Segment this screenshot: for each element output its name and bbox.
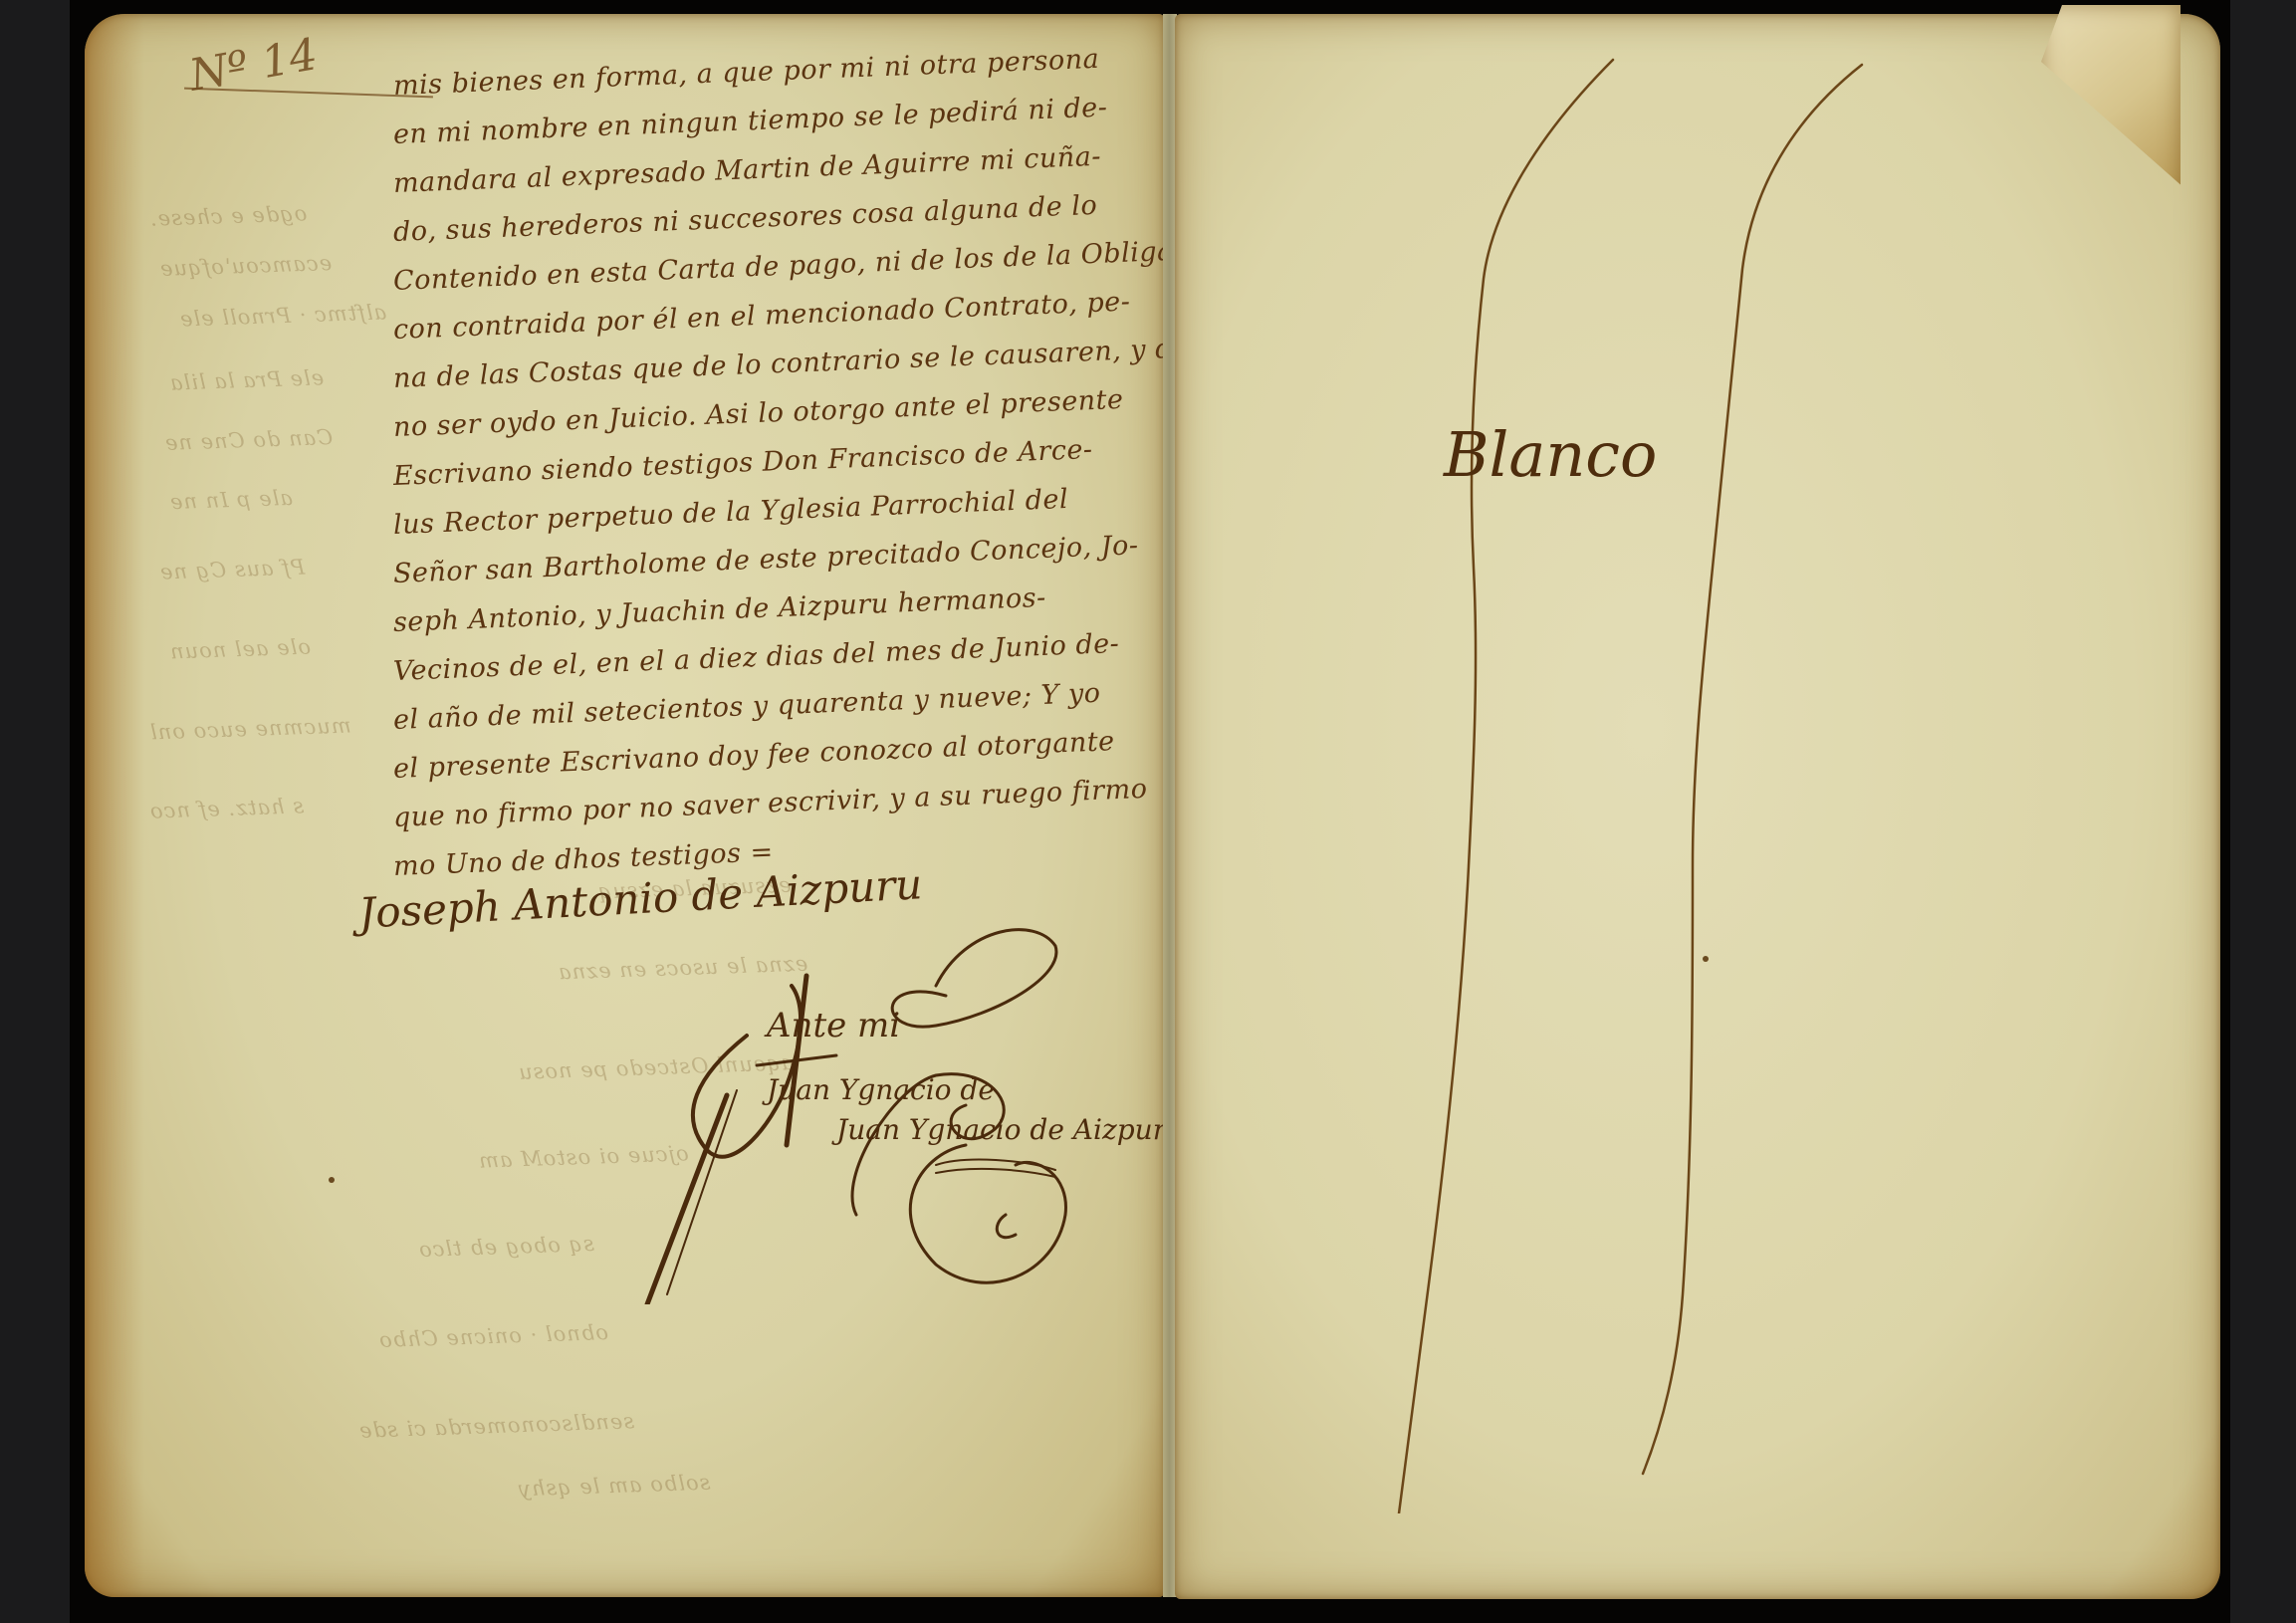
manuscript-body: mis bienes en forma, a que por mi ni otr… (393, 62, 1135, 891)
bleed-through-text: Pf aus Cg ne (159, 555, 306, 583)
bleed-through-text: ole ael noun (169, 635, 312, 664)
signature-juan-ygnacio: Juan Ygnacio de Aizpurua (836, 1113, 1201, 1146)
left-page-edge-wear (85, 14, 144, 1597)
bleed-through-text: ale p In ne (169, 486, 294, 514)
blank-page-annotation: Blanco (1444, 418, 1657, 491)
ink-speck (329, 1177, 335, 1183)
signature-juan-label: Juan Ygnacio de (767, 1073, 995, 1106)
right-page (1175, 14, 2220, 1599)
signature-ante-mi: Ante mi (767, 1006, 900, 1045)
ink-speck (1703, 956, 1709, 962)
